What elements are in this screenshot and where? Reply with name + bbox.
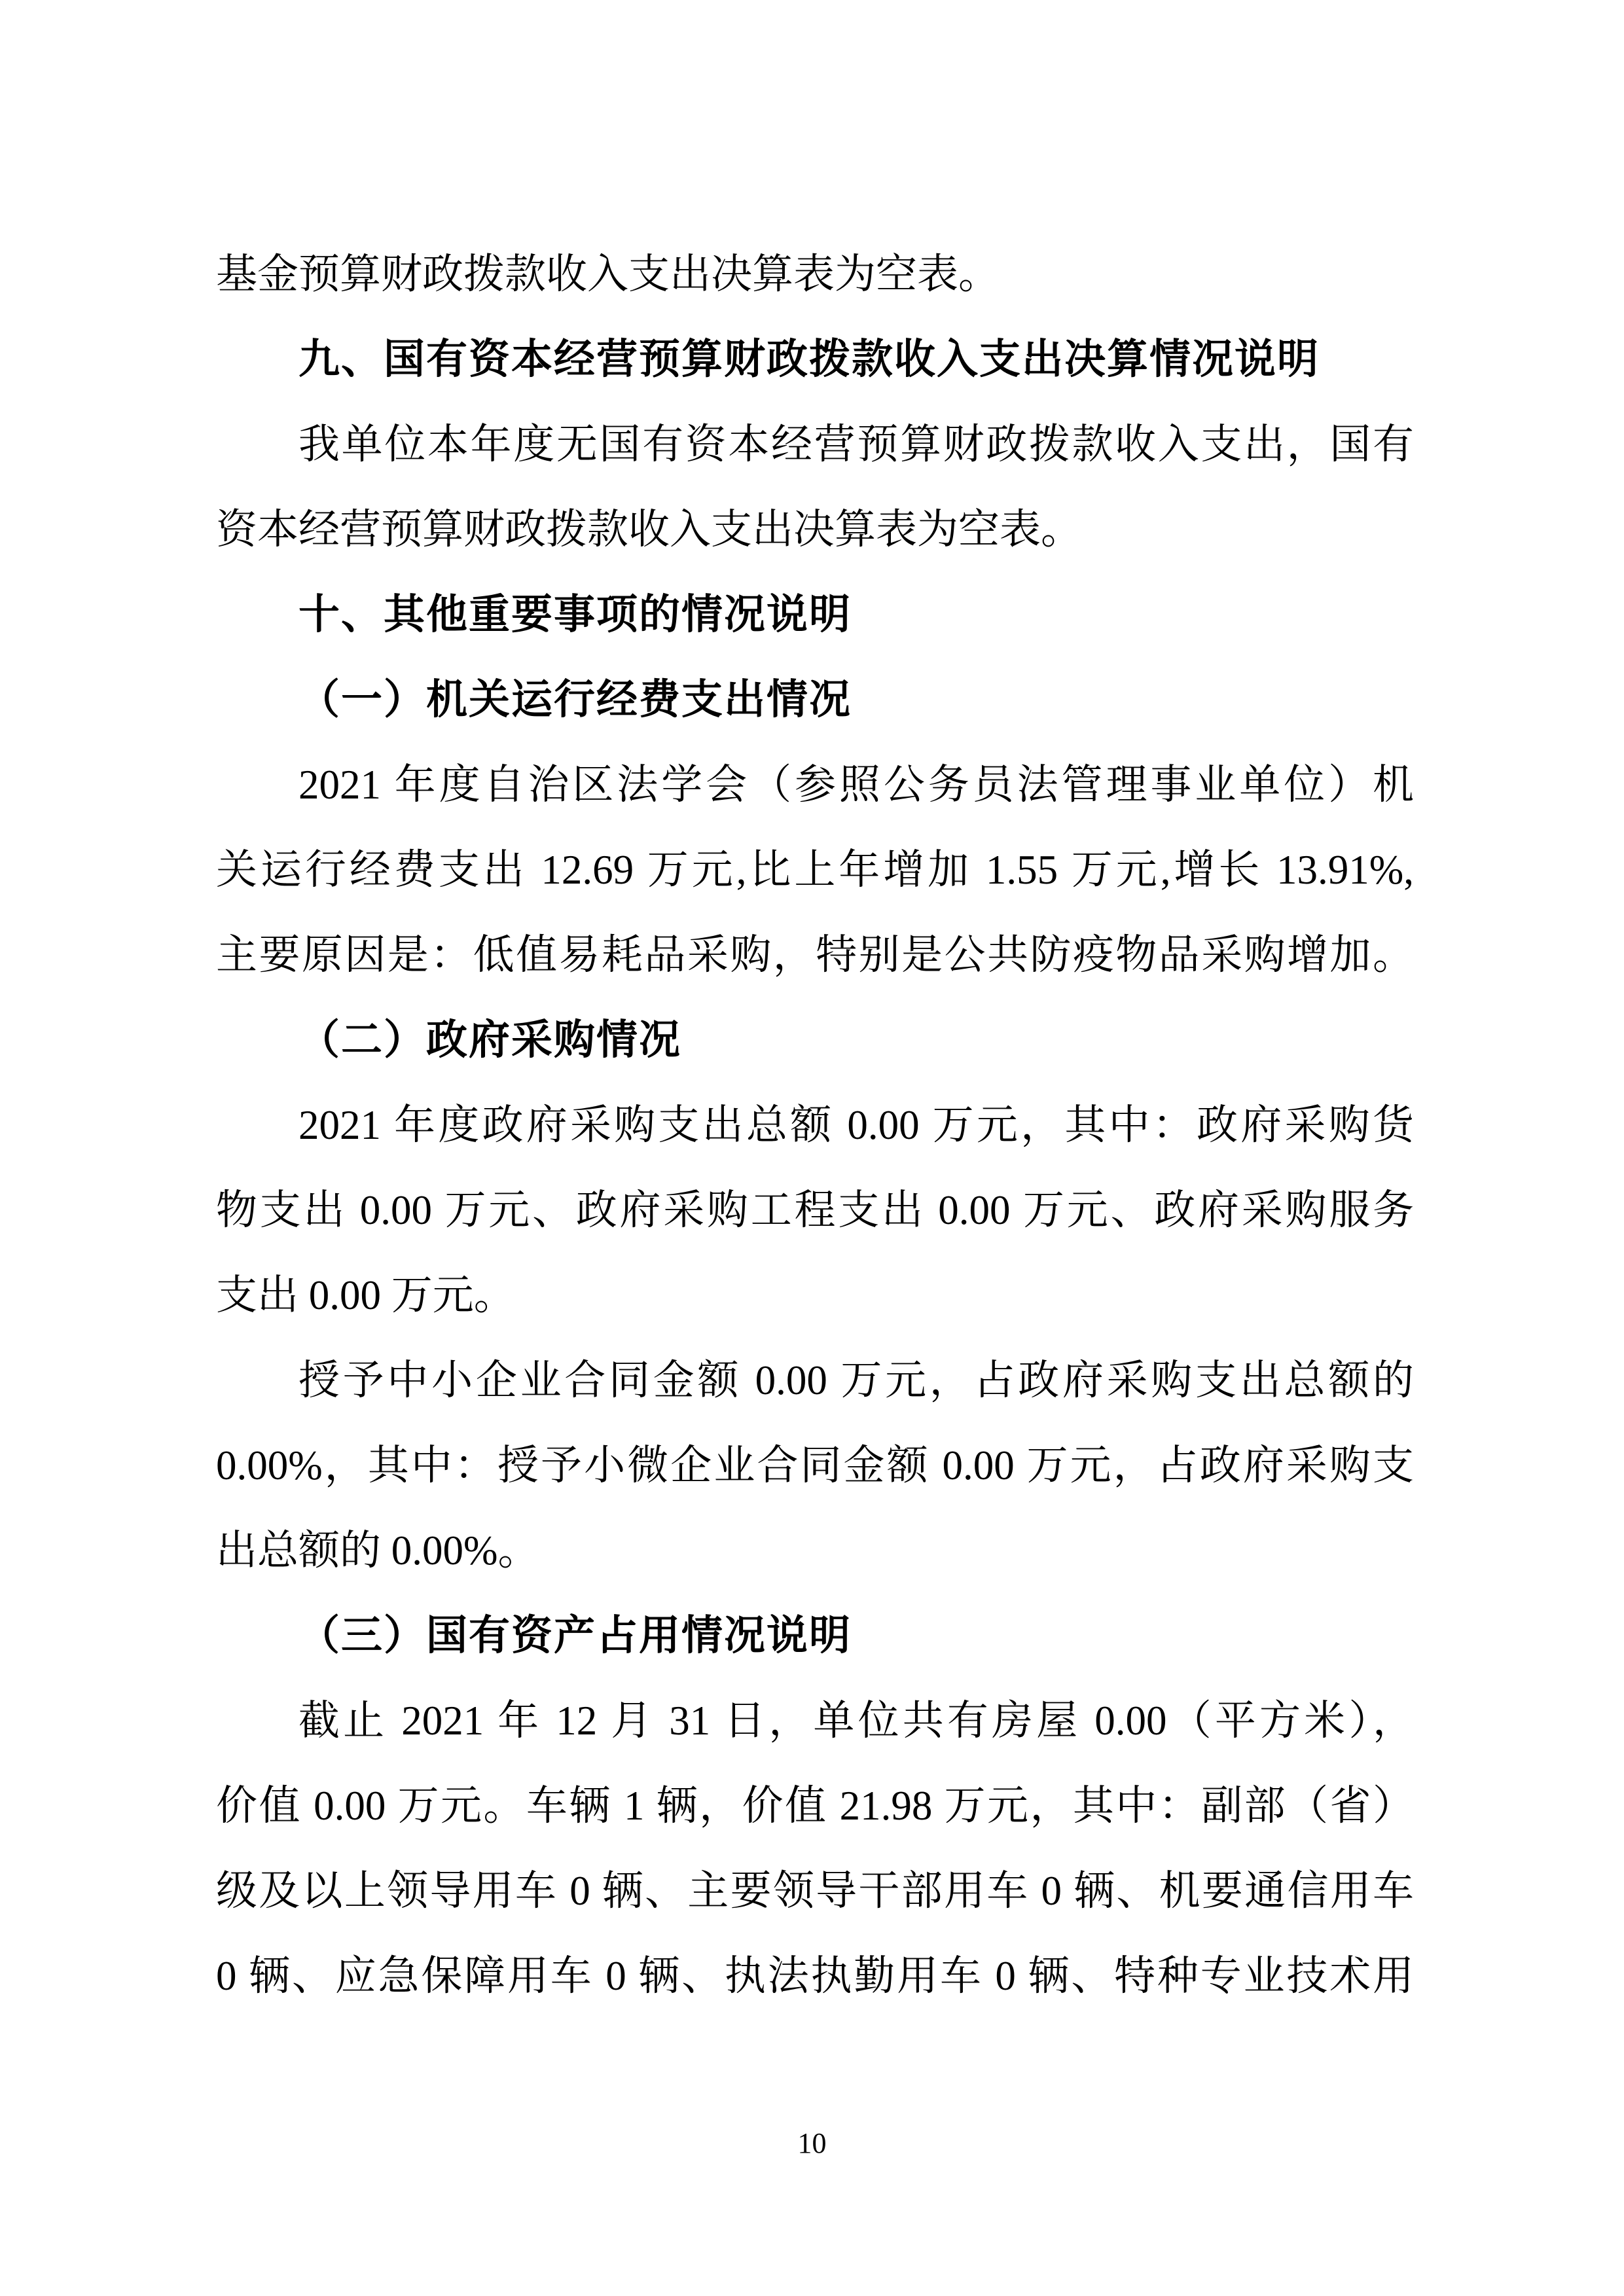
text-line: 我单位本年度无国有资本经营预算财政拨款收入支出，国有 — [216, 402, 1414, 487]
heading-line: 九、国有资本经营预算财政拨款收入支出决算情况说明 — [216, 317, 1414, 402]
text-line: 0.00%，其中：授予小微企业合同金额 0.00 万元，占政府采购支 — [216, 1423, 1414, 1508]
text-line: 2021 年度政府采购支出总额 0.00 万元，其中：政府采购货 — [216, 1083, 1414, 1168]
document-page: 基金预算财政拨款收入支出决算表为空表。九、国有资本经营预算财政拨款收入支出决算情… — [0, 0, 1624, 2296]
heading-line: （一）机关运行经费支出情况 — [216, 657, 1414, 742]
text-line: 关运行经费支出 12.69 万元,比上年增加 1.55 万元,增长 13.91%… — [216, 827, 1414, 912]
page-number: 10 — [798, 2127, 827, 2159]
text-line: 资本经营预算财政拨款收入支出决算表为空表。 — [216, 487, 1414, 572]
page-footer: 10 — [0, 2124, 1624, 2163]
text-line: 级及以上领导用车 0 辆、主要领导干部用车 0 辆、机要通信用车 — [216, 1848, 1414, 1933]
text-line: 截止 2021 年 12 月 31 日，单位共有房屋 0.00（平方米）， — [216, 1678, 1414, 1763]
text-line: 基金预算财政拨款收入支出决算表为空表。 — [216, 232, 1414, 317]
text-line: 出总额的 0.00%。 — [216, 1508, 1414, 1593]
text-line: 支出 0.00 万元。 — [216, 1253, 1414, 1338]
text-line: 0 辆、应急保障用车 0 辆、执法执勤用车 0 辆、特种专业技术用 — [216, 1933, 1414, 2018]
text-line: 价值 0.00 万元。车辆 1 辆，价值 21.98 万元，其中：副部（省） — [216, 1763, 1414, 1848]
heading-line: （三）国有资产占用情况说明 — [216, 1593, 1414, 1678]
text-line: 授予中小企业合同金额 0.00 万元，占政府采购支出总额的 — [216, 1338, 1414, 1423]
heading-line: 十、其他重要事项的情况说明 — [216, 572, 1414, 657]
text-line: 物支出 0.00 万元、政府采购工程支出 0.00 万元、政府采购服务 — [216, 1168, 1414, 1253]
text-line: 2021 年度自治区法学会（参照公务员法管理事业单位）机 — [216, 742, 1414, 827]
text-line: 主要原因是：低值易耗品采购，特别是公共防疫物品采购增加。 — [216, 912, 1414, 997]
document-body: 基金预算财政拨款收入支出决算表为空表。九、国有资本经营预算财政拨款收入支出决算情… — [216, 232, 1414, 2018]
heading-line: （二）政府采购情况 — [216, 997, 1414, 1083]
